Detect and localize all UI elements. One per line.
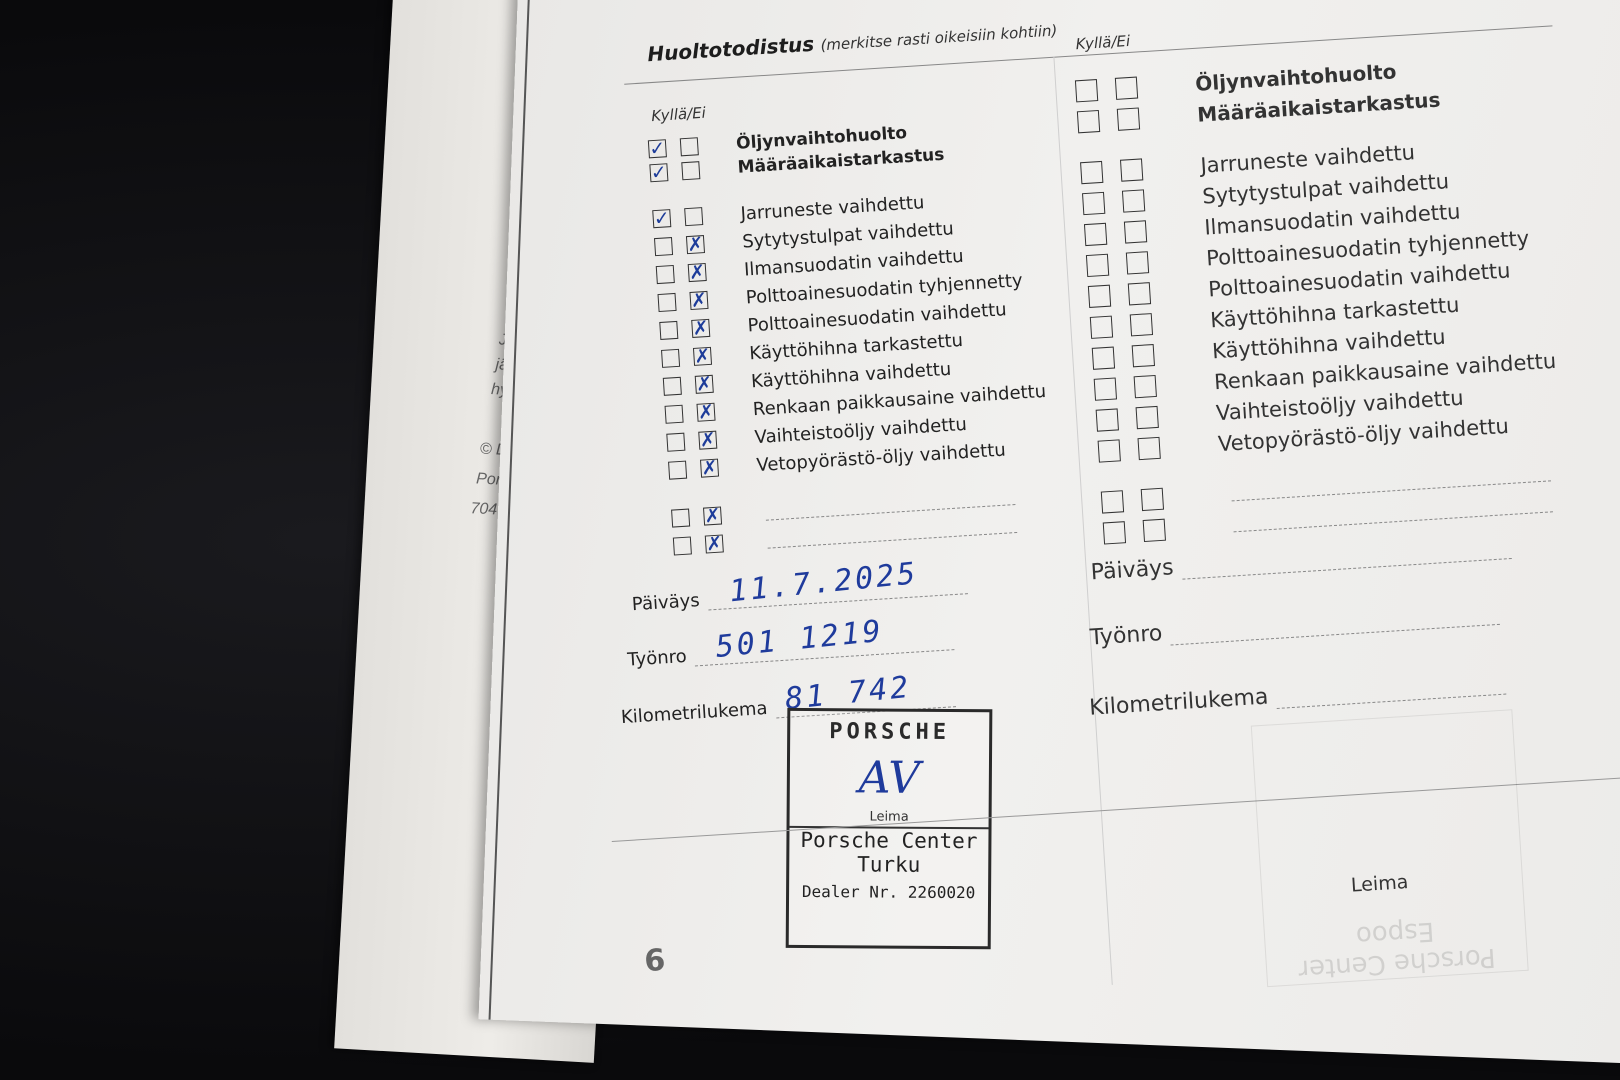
job-number-input[interactable]: [1170, 604, 1501, 646]
job-number-input[interactable]: 501 1219: [694, 629, 955, 666]
yes-checkbox[interactable]: [1075, 79, 1098, 102]
right-job-field: Työnro: [1089, 600, 1500, 651]
yes-checkbox[interactable]: [1088, 284, 1111, 307]
no-checkbox[interactable]: ✗: [696, 403, 715, 422]
yes-checkbox[interactable]: [654, 237, 673, 256]
yes-checkbox[interactable]: [1101, 490, 1124, 513]
no-checkbox[interactable]: [1141, 487, 1164, 510]
back-page-fragment: Por: [476, 470, 502, 489]
no-checkbox[interactable]: ✗: [695, 375, 714, 394]
yes-checkbox[interactable]: [673, 536, 692, 555]
stamp-caption-right: Leima: [1350, 871, 1409, 897]
yes-checkbox[interactable]: [665, 405, 684, 424]
yes-checkbox[interactable]: [1090, 315, 1113, 338]
no-checkbox[interactable]: [1130, 313, 1153, 336]
left-job-field: Työnro 501 1219: [627, 629, 955, 671]
no-checkbox[interactable]: ✗: [703, 506, 722, 525]
yes-checkbox[interactable]: [668, 461, 687, 480]
bleed-through-stamp: Porsche Center Espoo: [1251, 709, 1529, 987]
yes-checkbox[interactable]: [1086, 253, 1109, 276]
no-checkbox[interactable]: [1117, 107, 1140, 130]
no-checkbox[interactable]: ✗: [698, 431, 717, 450]
title-hint: (merkitse rasti oikeisiin kohtiin): [820, 21, 1058, 54]
no-checkbox[interactable]: [1137, 436, 1160, 459]
yes-checkbox[interactable]: [661, 349, 680, 368]
no-checkbox[interactable]: [1115, 76, 1138, 99]
no-checkbox[interactable]: ✗: [700, 459, 719, 478]
no-checkbox[interactable]: [1124, 220, 1147, 243]
yes-checkbox[interactable]: [1103, 521, 1126, 544]
date-value: 11.7.2025: [727, 556, 919, 609]
no-checkbox[interactable]: [1136, 405, 1159, 428]
job-number-label: Työnro: [627, 646, 687, 671]
page-title: Huoltotodistus (merkitse rasti oikeisiin…: [647, 16, 1058, 66]
no-checkbox[interactable]: [684, 207, 703, 226]
yes-checkbox[interactable]: [671, 509, 690, 528]
back-page-fragment: 704: [470, 500, 498, 519]
no-checkbox[interactable]: [1143, 518, 1166, 541]
yes-checkbox[interactable]: [1077, 109, 1100, 132]
no-checkbox[interactable]: ✗: [691, 319, 710, 338]
stamp-dealer-city: Turku: [789, 852, 988, 877]
date-label: Päiväys: [1090, 555, 1174, 585]
date-input[interactable]: [1181, 538, 1512, 580]
signature: AV: [790, 752, 989, 804]
yes-checkbox[interactable]: [1084, 222, 1107, 245]
service-certificate-page: Huoltotodistus (merkitse rasti oikeisiin…: [479, 0, 1620, 1064]
left-date-field: Päiväys 11.7.2025: [631, 573, 967, 615]
yes-checkbox[interactable]: [656, 265, 675, 284]
yes-checkbox[interactable]: [659, 321, 678, 340]
no-checkbox[interactable]: ✗: [686, 235, 705, 254]
yes-checkbox[interactable]: [1096, 408, 1119, 431]
right-service-record: ÖljynvaihtohuoltoMääräaikaistarkastusJar…: [1075, 46, 1566, 548]
yes-checkbox[interactable]: [1080, 160, 1103, 183]
job-number-value: 501 1219: [714, 614, 885, 665]
no-checkbox[interactable]: [1134, 374, 1157, 397]
date-label: Päiväys: [631, 590, 700, 615]
yes-checkbox[interactable]: [1092, 346, 1115, 369]
stamp-dealer-name: Porsche Center: [789, 828, 988, 853]
no-checkbox[interactable]: [1132, 344, 1155, 367]
page-number: 6: [643, 943, 666, 979]
odometer-label: Kilometrilukema: [620, 698, 768, 728]
title-text: Huoltotodistus: [647, 32, 815, 66]
no-checkbox[interactable]: [680, 137, 699, 156]
yes-checkbox[interactable]: [1082, 191, 1105, 214]
yes-checkbox[interactable]: [663, 377, 682, 396]
stamp-brand: PORSCHE: [790, 719, 989, 745]
no-checkbox[interactable]: [1120, 158, 1143, 181]
stamp-dealer-number: Dealer Nr. 2260020: [789, 882, 988, 902]
date-input[interactable]: 11.7.2025: [707, 573, 968, 610]
no-checkbox[interactable]: [1126, 251, 1149, 274]
no-checkbox[interactable]: [1122, 189, 1145, 212]
no-checkbox[interactable]: [1128, 282, 1151, 305]
odometer-input[interactable]: [1276, 674, 1507, 709]
yes-checkbox[interactable]: ✓: [652, 209, 671, 228]
no-checkbox[interactable]: ✗: [693, 347, 712, 366]
yes-checkbox[interactable]: [658, 293, 677, 312]
left-service-record: ✓Öljynvaihtohuolto✓Määräaikaistarkastus✓…: [648, 113, 1056, 560]
no-checkbox[interactable]: ✗: [688, 263, 707, 282]
yes-no-header-left: Kyllä/Ei: [651, 104, 707, 125]
yes-no-header-right: Kyllä/Ei: [1075, 32, 1131, 53]
odometer-label: Kilometrilukema: [1089, 685, 1270, 721]
yes-checkbox[interactable]: [1098, 439, 1121, 462]
job-number-label: Työnro: [1089, 621, 1163, 651]
yes-checkbox[interactable]: ✓: [649, 163, 668, 182]
yes-checkbox[interactable]: [1094, 377, 1117, 400]
no-checkbox[interactable]: ✗: [689, 291, 708, 310]
no-checkbox[interactable]: ✗: [705, 534, 724, 553]
yes-checkbox[interactable]: ✓: [648, 139, 667, 158]
yes-checkbox[interactable]: [666, 433, 685, 452]
no-checkbox[interactable]: [681, 161, 700, 180]
